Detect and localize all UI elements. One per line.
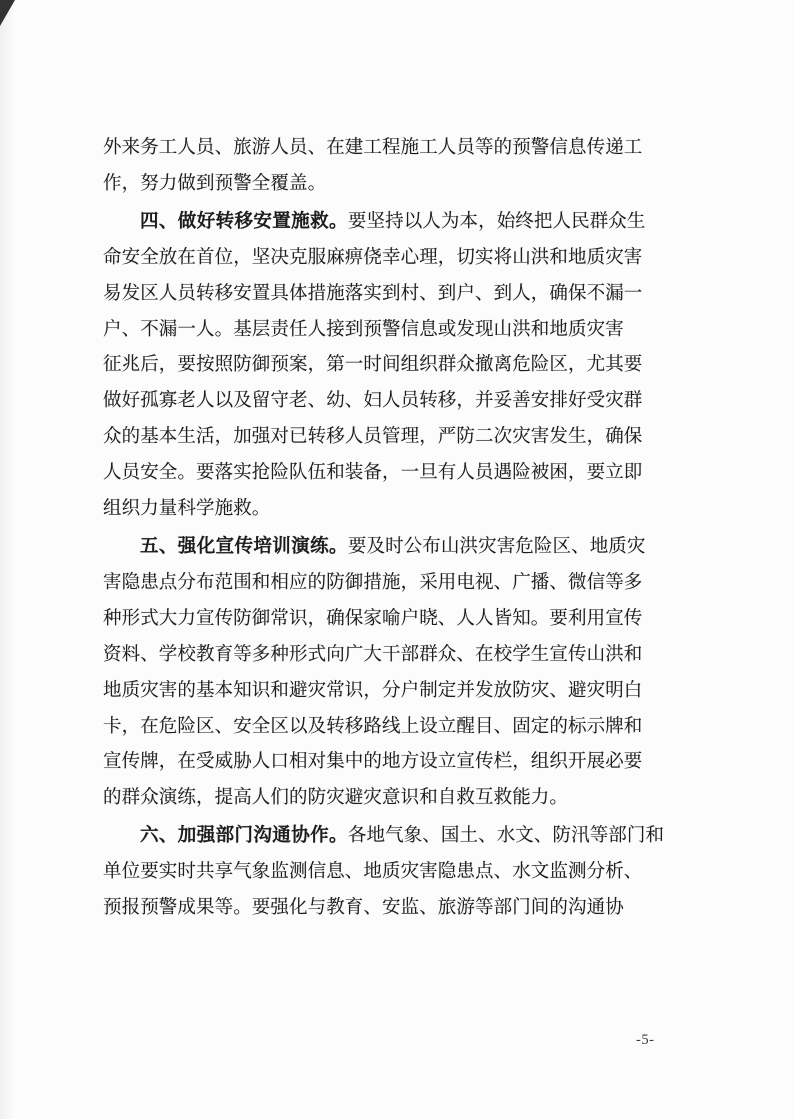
page-number: -5- — [636, 1032, 654, 1049]
document-page: 外来务工人员、旅游人员、在建工程施工人员等的预警信息传递工 作，努力做到预警全覆… — [0, 0, 794, 1119]
section-6-paragraph: 六、加强部门沟通协作。各地气象、国土、水文、防汛等部门和 单位要实时共享气象监测… — [103, 817, 678, 927]
document-body: 外来务工人员、旅游人员、在建工程施工人员等的预警信息传递工 作，努力做到预警全覆… — [103, 131, 678, 927]
paragraph-text: 外来务工人员、旅游人员、在建工程施工人员等的预警信息传递工 作，努力做到预警全覆… — [103, 138, 642, 194]
paragraph-text: 要坚持以人为本，始终把人民群众生 命安全放在首位，坚决克服麻痹侥幸心理，切实将山… — [103, 212, 646, 519]
scan-corner-artifact — [0, 0, 15, 26]
scan-edge-shading — [0, 0, 14, 1119]
section-4-heading: 四、做好转移安置施救。 — [140, 210, 348, 231]
paragraph-intro-continuation: 外来务工人员、旅游人员、在建工程施工人员等的预警信息传递工 作，努力做到预警全覆… — [103, 131, 678, 203]
section-6-heading: 六、加强部门沟通协作。 — [140, 824, 348, 845]
section-5-heading: 五、强化宣传培训演练。 — [140, 535, 348, 556]
paragraph-text: 要及时公布山洪灾害危险区、地质灾 害隐患点分布范围和相应的防御措施，采用电视、广… — [103, 537, 646, 808]
section-5-paragraph: 五、强化宣传培训演练。要及时公布山洪灾害危险区、地质灾 害隐患点分布范围和相应的… — [103, 528, 678, 817]
section-4-paragraph: 四、做好转移安置施救。要坚持以人为本，始终把人民群众生 命安全放在首位，坚决克服… — [103, 203, 678, 528]
